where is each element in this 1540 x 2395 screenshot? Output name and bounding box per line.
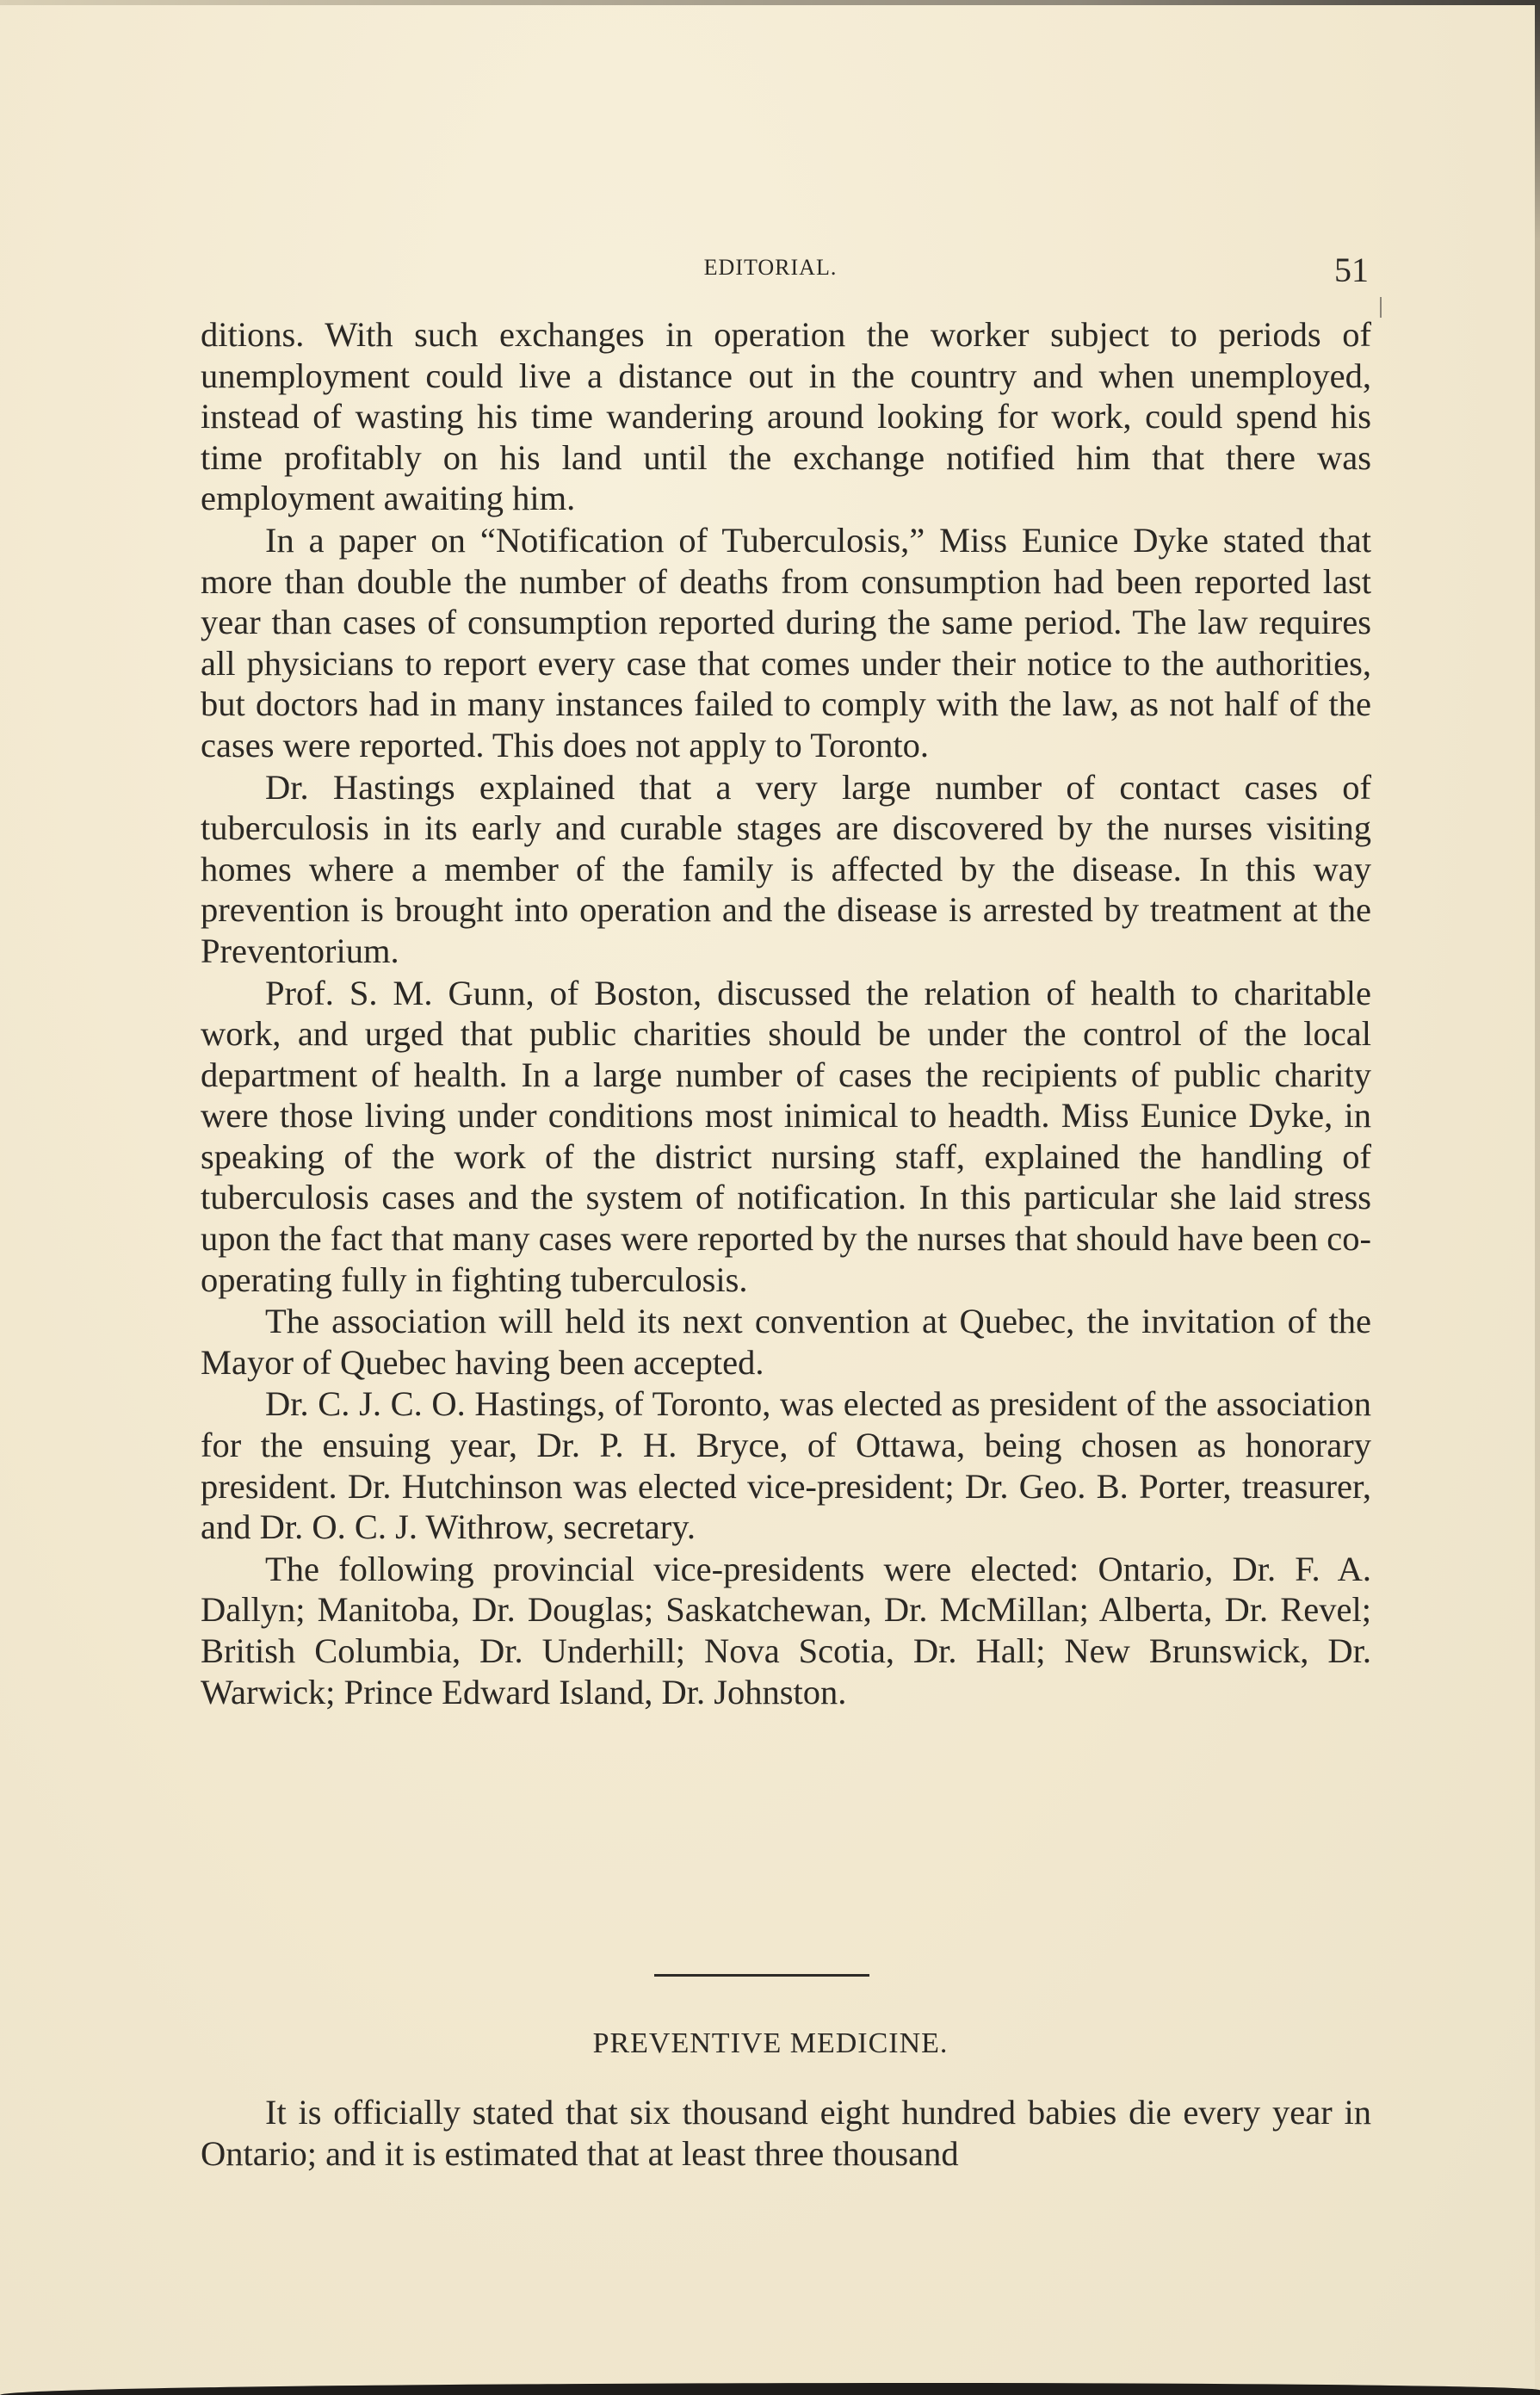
page-bottom-edge-shadow	[0, 2383, 1540, 2395]
paragraph: The following provincial vice-presidents…	[201, 1549, 1371, 1712]
book-page: EDITORIAL. 51 ditions. With such exchang…	[0, 0, 1540, 2395]
paragraph: Dr. Hastings explained that a very large…	[201, 767, 1371, 972]
paragraph: It is officially stated that six thousan…	[201, 2092, 1371, 2174]
page-top-edge-shadow	[0, 0, 1540, 5]
page-right-edge-shadow	[1535, 0, 1540, 2395]
margin-mark	[1380, 297, 1382, 318]
paragraph: Prof. S. M. Gunn, of Boston, discussed t…	[201, 973, 1371, 1301]
article-body: ditions. With such exchanges in operatio…	[201, 314, 1371, 1713]
paragraph: ditions. With such exchanges in operatio…	[201, 314, 1371, 519]
paragraph: In a paper on “Notification of Tuberculo…	[201, 520, 1371, 766]
section-body: It is officially stated that six thousan…	[201, 2092, 1371, 2174]
section-divider-rule	[654, 1974, 869, 1977]
section-heading: PREVENTIVE MEDICINE.	[172, 2027, 1369, 2060]
paragraph: The association will held its next conve…	[201, 1301, 1371, 1383]
running-header: EDITORIAL. 51	[172, 250, 1369, 284]
paragraph: Dr. C. J. C. O. Hastings, of Toronto, wa…	[201, 1383, 1371, 1547]
running-title: EDITORIAL.	[172, 255, 1369, 281]
page-number: 51	[1334, 250, 1369, 290]
